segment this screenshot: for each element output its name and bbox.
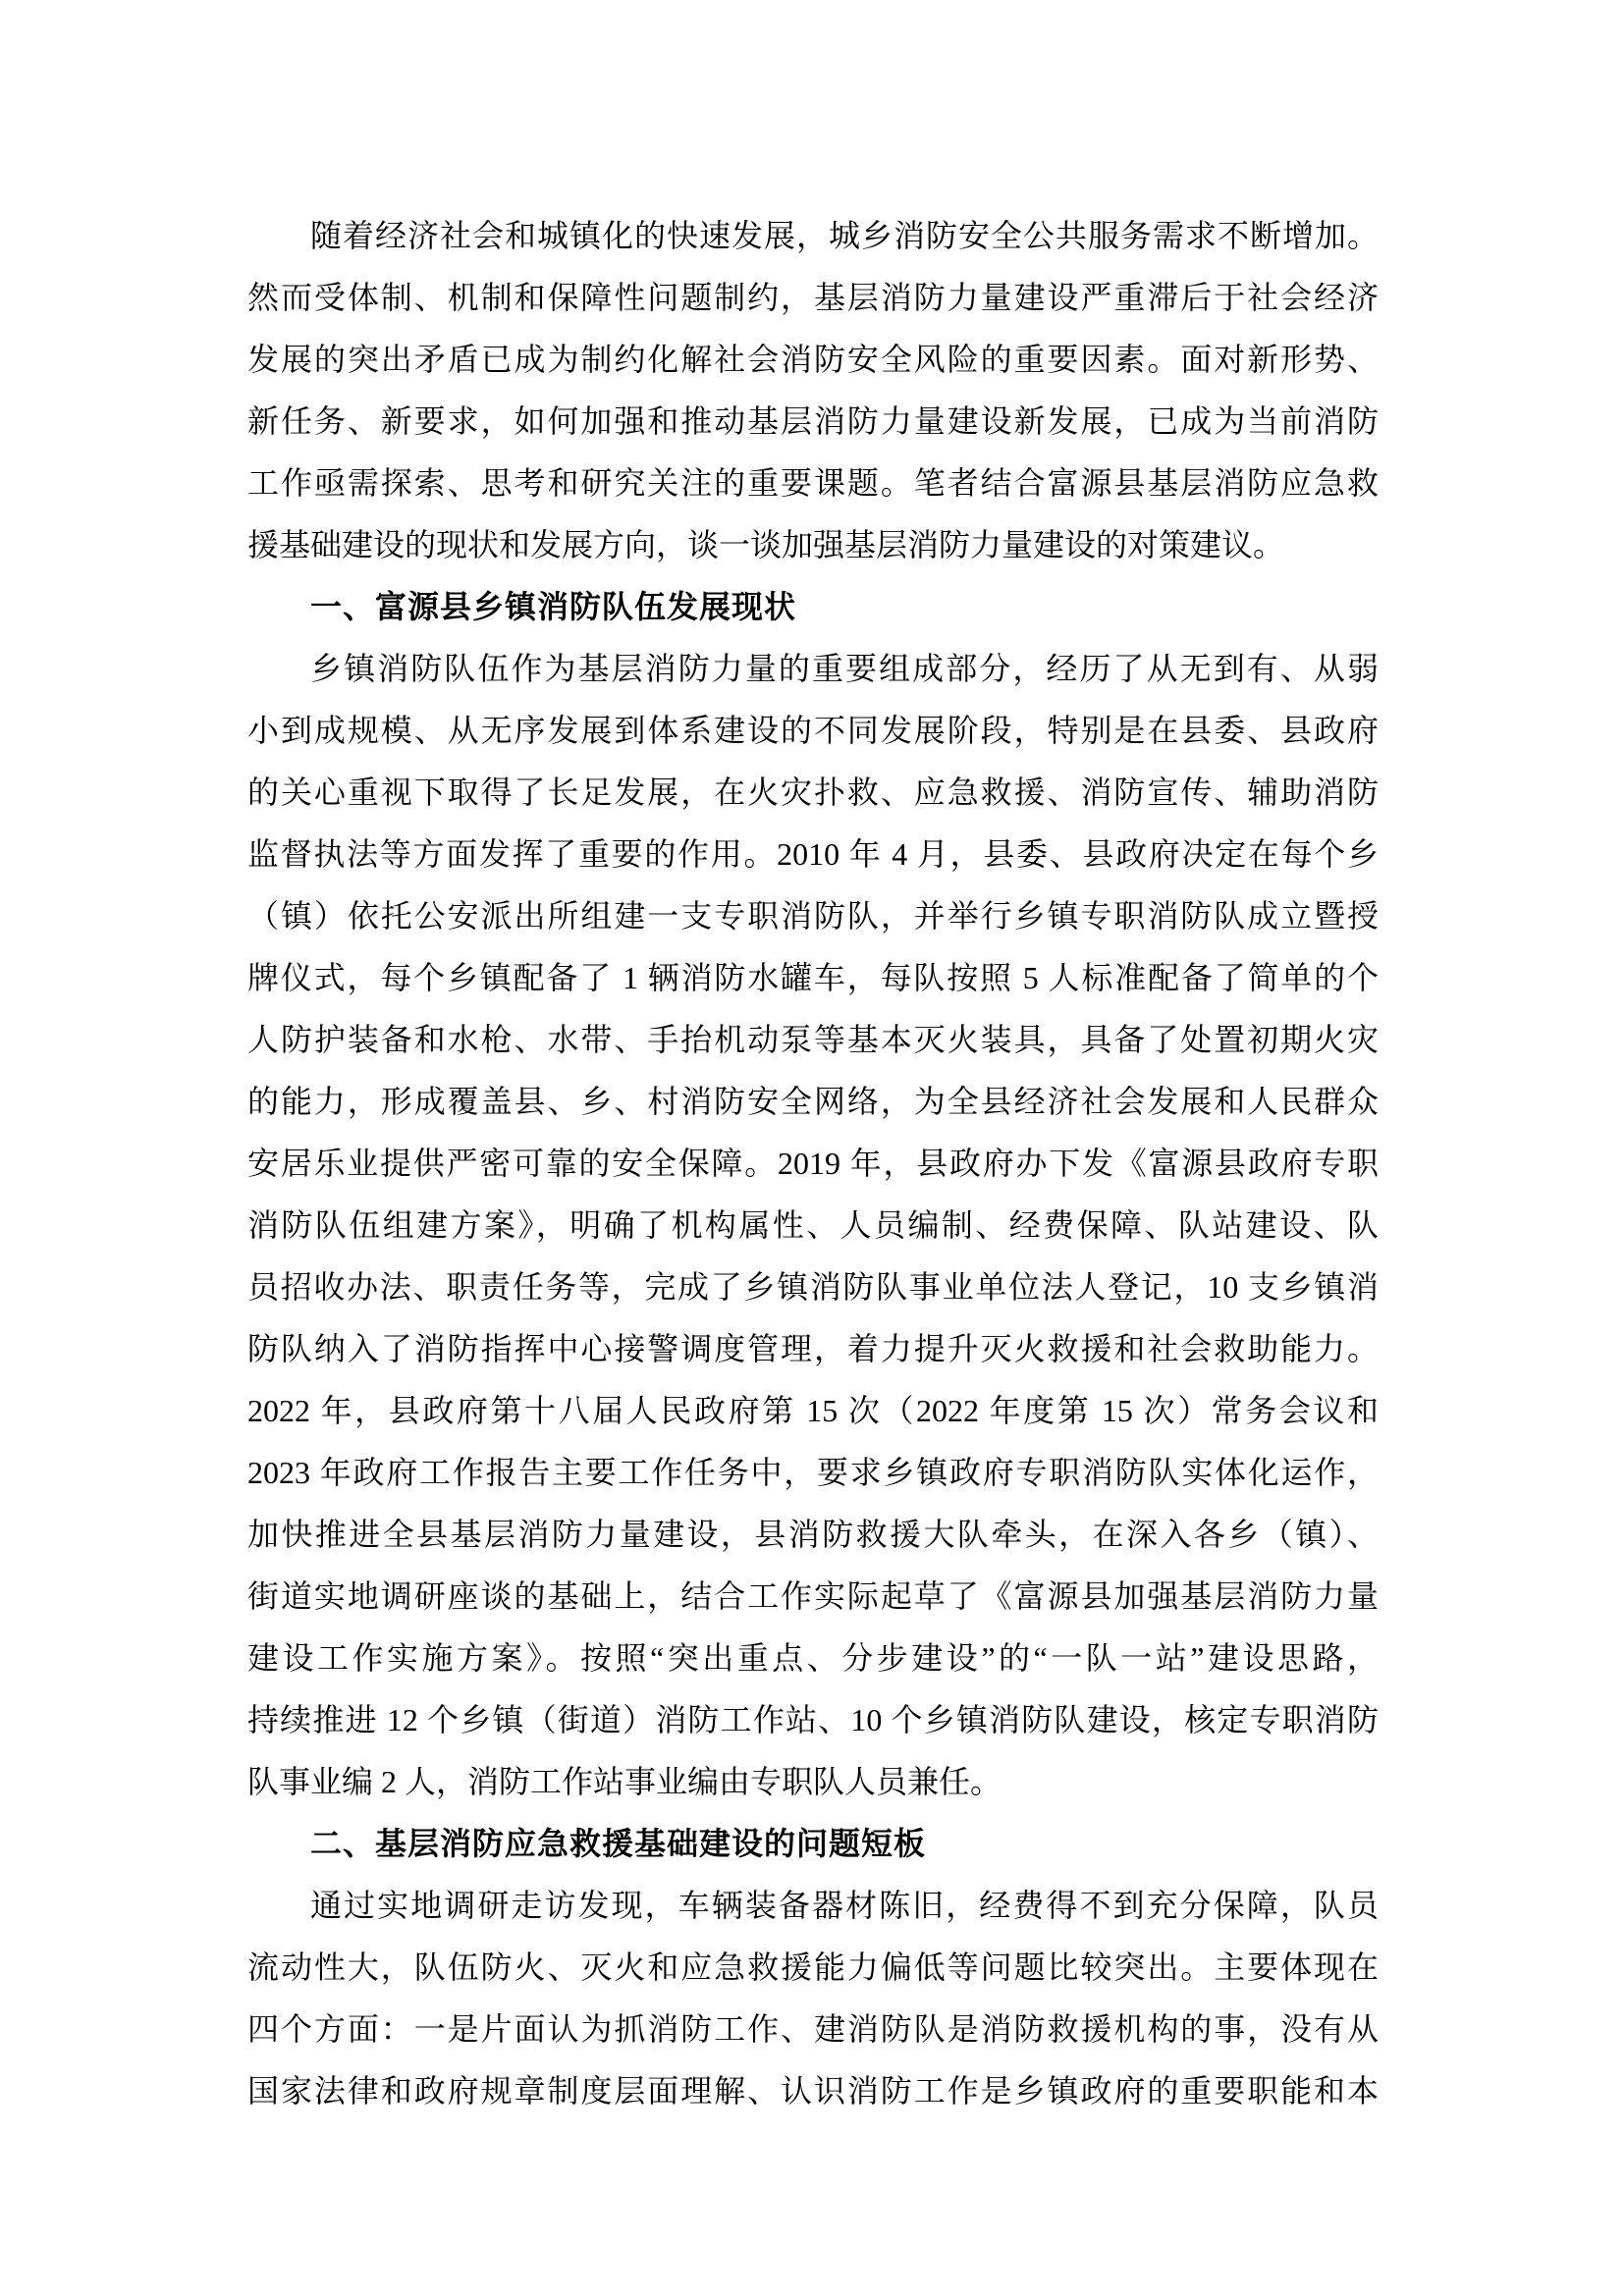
text-line: （镇）依托公安派出所组建一支专职消防队，并举行乡镇专职消防队成立暨授 bbox=[247, 885, 1379, 947]
text-line: 2023 年政府工作报告主要工作任务中，要求乡镇政府专职消防队实体化运作， bbox=[247, 1442, 1379, 1504]
text-line: 然而受体制、机制和保障性问题制约，基层消防力量建设严重滞后于社会经济 bbox=[247, 267, 1379, 329]
text-line: 国家法律和政府规章制度层面理解、认识消防工作是乡镇政府的重要职能和本 bbox=[247, 2060, 1379, 2122]
text-line: 的关心重视下取得了长足发展，在火灾扑救、应急救援、消防宣传、辅助消防 bbox=[247, 762, 1379, 824]
document-page: 随着经济社会和城镇化的快速发展，城乡消防安全公共服务需求不断增加。然而受体制、机… bbox=[0, 0, 1624, 2296]
text-line: 流动性大，队伍防火、灭火和应急救援能力偏低等问题比较突出。主要体现在 bbox=[247, 1937, 1379, 1999]
section-heading: 一、富源县乡镇消防队伍发展现状 bbox=[247, 576, 1379, 638]
text-line: 援基础建设的现状和发展方向，谈一谈加强基层消防力量建设的对策建议。 bbox=[247, 514, 1379, 576]
text-line: 通过实地调研走访发现，车辆装备器材陈旧，经费得不到充分保障，队员 bbox=[247, 1875, 1379, 1937]
text-line: 2022 年，县政府第十八届人民政府第 15 次（2022 年度第 15 次）常… bbox=[247, 1380, 1379, 1442]
text-line: 防队纳入了消防指挥中心接警调度管理，着力提升灭火救援和社会救助能力。 bbox=[247, 1318, 1379, 1380]
document-body: 随着经济社会和城镇化的快速发展，城乡消防安全公共服务需求不断增加。然而受体制、机… bbox=[247, 205, 1379, 2122]
text-line: 工作亟需探索、思考和研究关注的重要课题。笔者结合富源县基层消防应急救 bbox=[247, 453, 1379, 514]
text-line: 随着经济社会和城镇化的快速发展，城乡消防安全公共服务需求不断增加。 bbox=[247, 205, 1379, 267]
text-line: 建设工作实施方案》。按照“突出重点、分步建设”的“一队一站”建设思路， bbox=[247, 1628, 1379, 1689]
text-line: 四个方面：一是片面认为抓消防工作、建消防队是消防救援机构的事，没有从 bbox=[247, 1999, 1379, 2060]
text-line: 监督执法等方面发挥了重要的作用。2010 年 4 月，县委、县政府决定在每个乡 bbox=[247, 824, 1379, 885]
text-line: 持续推进 12 个乡镇（街道）消防工作站、10 个乡镇消防队建设，核定专职消防 bbox=[247, 1689, 1379, 1751]
text-line: 安居乐业提供严密可靠的安全保障。2019 年，县政府办下发《富源县政府专职 bbox=[247, 1133, 1379, 1195]
text-line: 小到成规模、从无序发展到体系建设的不同发展阶段，特别是在县委、县政府 bbox=[247, 700, 1379, 762]
text-line: 消防队伍组建方案》，明确了机构属性、人员编制、经费保障、队站建设、队 bbox=[247, 1195, 1379, 1256]
text-line: 的能力，形成覆盖县、乡、村消防安全网络，为全县经济社会发展和人民群众 bbox=[247, 1071, 1379, 1133]
text-line: 发展的突出矛盾已成为制约化解社会消防安全风险的重要因素。面对新形势、 bbox=[247, 329, 1379, 391]
text-line: 人防护装备和水枪、水带、手抬机动泵等基本灭火装具，具备了处置初期火灾 bbox=[247, 1009, 1379, 1071]
text-line: 队事业编 2 人，消防工作站事业编由专职队人员兼任。 bbox=[247, 1751, 1379, 1813]
text-line: 新任务、新要求，如何加强和推动基层消防力量建设新发展，已成为当前消防 bbox=[247, 391, 1379, 453]
section-heading: 二、基层消防应急救援基础建设的问题短板 bbox=[247, 1813, 1379, 1875]
text-line: 牌仪式，每个乡镇配备了 1 辆消防水罐车，每队按照 5 人标准配备了简单的个 bbox=[247, 947, 1379, 1009]
text-line: 员招收办法、职责任务等，完成了乡镇消防队事业单位法人登记，10 支乡镇消 bbox=[247, 1256, 1379, 1318]
text-line: 乡镇消防队伍作为基层消防力量的重要组成部分，经历了从无到有、从弱 bbox=[247, 638, 1379, 700]
text-line: 加快推进全县基层消防力量建设，县消防救援大队牵头，在深入各乡（镇）、 bbox=[247, 1504, 1379, 1566]
text-line: 街道实地调研座谈的基础上，结合工作实际起草了《富源县加强基层消防力量 bbox=[247, 1566, 1379, 1628]
